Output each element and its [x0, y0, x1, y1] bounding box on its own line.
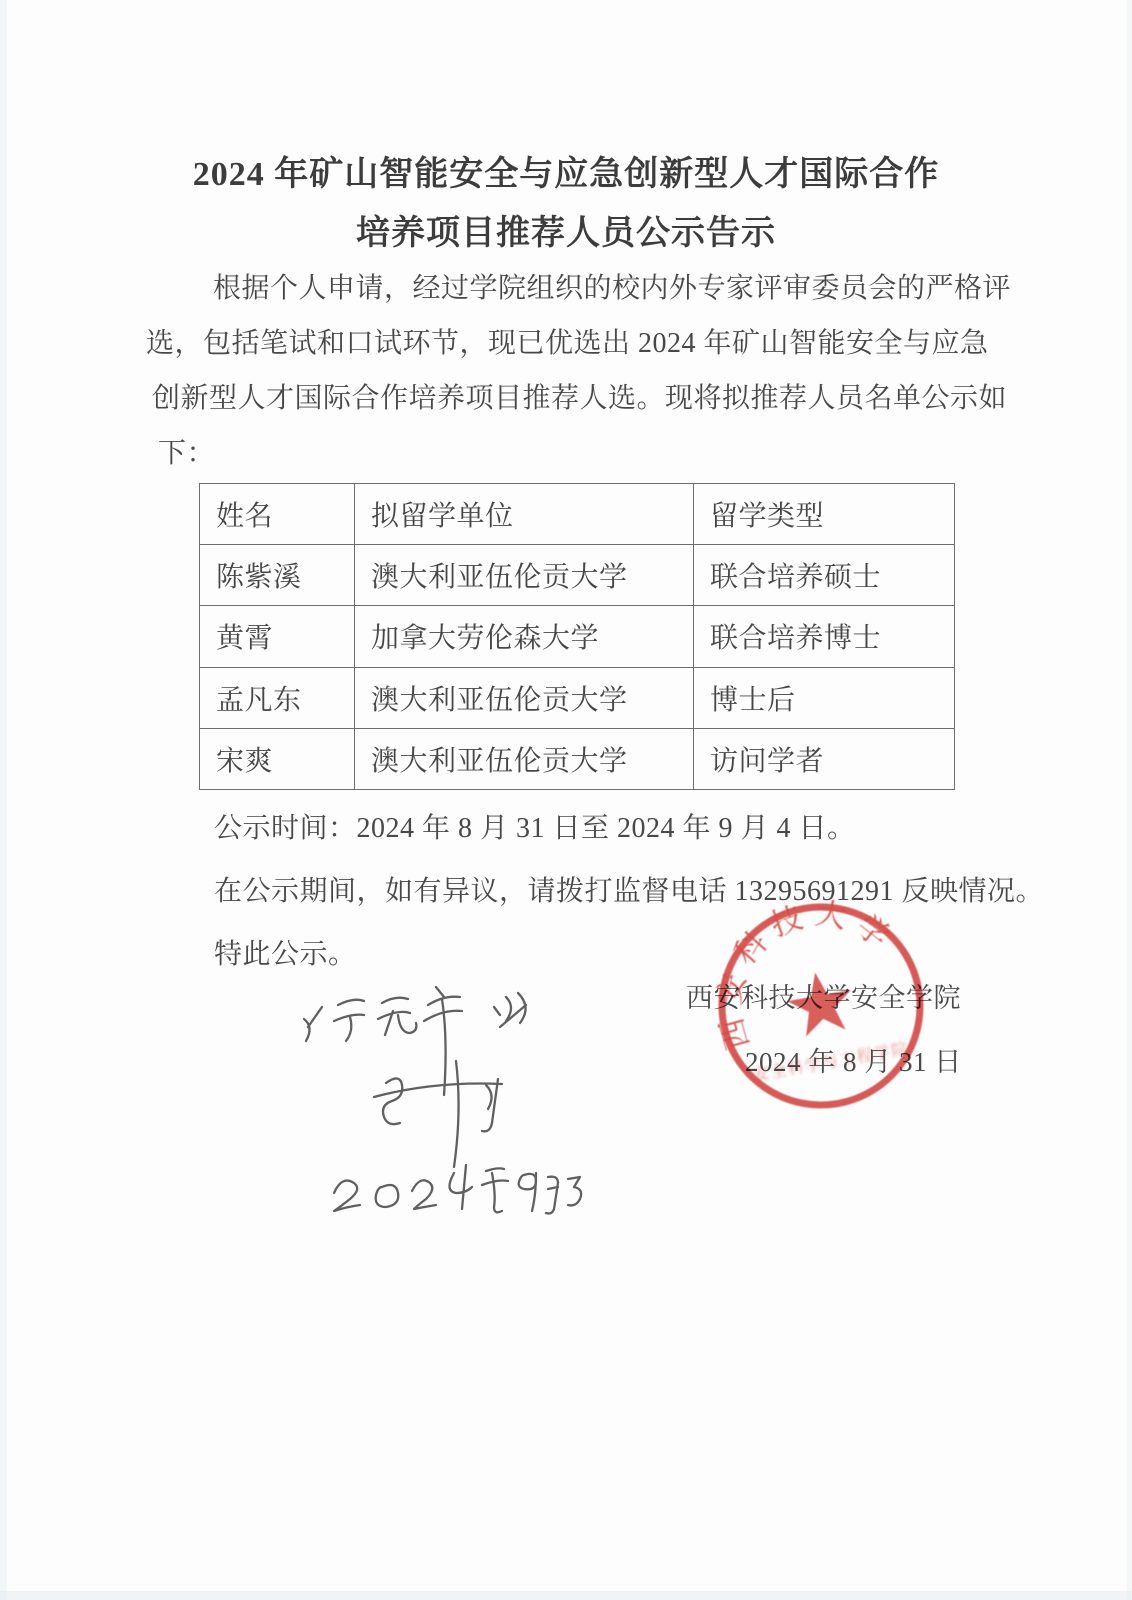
table-row: 宋爽 澳大利亚伍伦贡大学 访问学者 [200, 728, 955, 789]
body-paragraph-line3: 创新型人才国际合作培养项目推荐人选。现将拟推荐人员名单公示如 [152, 376, 1007, 416]
page-edge-bottom [0, 1591, 1132, 1600]
handwritten-date [334, 1165, 581, 1214]
table-row: 黄霄 加拿大劳伦森大学 联合培养博士 [200, 606, 955, 667]
handwritten-approval-note [304, 987, 526, 1095]
cell-name: 孟凡东 [200, 667, 355, 728]
table-header-row: 姓名 拟留学单位 留学类型 [200, 484, 955, 545]
body-paragraph-line4: 下： [158, 431, 215, 471]
official-seal: 西安科技大学 安全科学与工程学院 [679, 864, 963, 1148]
body-paragraph-line1: 根据个人申请，经过学院组织的校内外专家评审委员会的严格评 [213, 266, 1011, 306]
document-title-line2: 培养项目推荐人员公示告示 [0, 205, 1132, 254]
cell-name: 宋爽 [200, 728, 355, 789]
cell-study-type: 访问学者 [694, 728, 955, 789]
cell-study-unit: 澳大利亚伍伦贡大学 [355, 728, 694, 789]
header-name: 姓名 [200, 484, 355, 545]
table-row: 孟凡东 澳大利亚伍伦贡大学 博士后 [200, 667, 955, 728]
cell-study-type: 联合培养博士 [694, 606, 955, 667]
publicity-period-line: 公示时间：2024 年 8 月 31 日至 2024 年 9 月 4 日。 [214, 806, 856, 846]
table-row: 陈紫溪 澳大利亚伍伦贡大学 联合培养硕士 [200, 545, 955, 606]
document-title-line1: 2024 年矿山智能安全与应急创新型人才国际合作 [0, 146, 1132, 195]
header-study-type: 留学类型 [694, 484, 955, 545]
cell-name: 陈紫溪 [200, 545, 355, 606]
cell-study-unit: 澳大利亚伍伦贡大学 [355, 667, 694, 728]
handwritten-signature [374, 1061, 502, 1167]
recommended-personnel-table: 姓名 拟留学单位 留学类型 陈紫溪 澳大利亚伍伦贡大学 联合培养硕士 黄霄 加拿… [199, 483, 955, 790]
header-study-unit: 拟留学单位 [355, 484, 694, 545]
seal-ring-text: 西安科技大学 [694, 881, 918, 1054]
cell-study-type: 博士后 [694, 667, 955, 728]
cell-study-unit: 加拿大劳伦森大学 [355, 606, 694, 667]
cell-study-type: 联合培养硕士 [694, 545, 955, 606]
scanned-announcement-page: 2024 年矿山智能安全与应急创新型人才国际合作 培养项目推荐人员公示告示 根据… [0, 0, 1132, 1600]
body-paragraph-line2: 选，包括笔试和口试环节，现已优选出 2024 年矿山智能安全与应急 [146, 321, 989, 361]
handwriting-block [290, 965, 590, 1225]
seal-star-icon [783, 967, 857, 1039]
cell-name: 黄霄 [200, 606, 355, 667]
cell-study-unit: 澳大利亚伍伦贡大学 [355, 545, 694, 606]
